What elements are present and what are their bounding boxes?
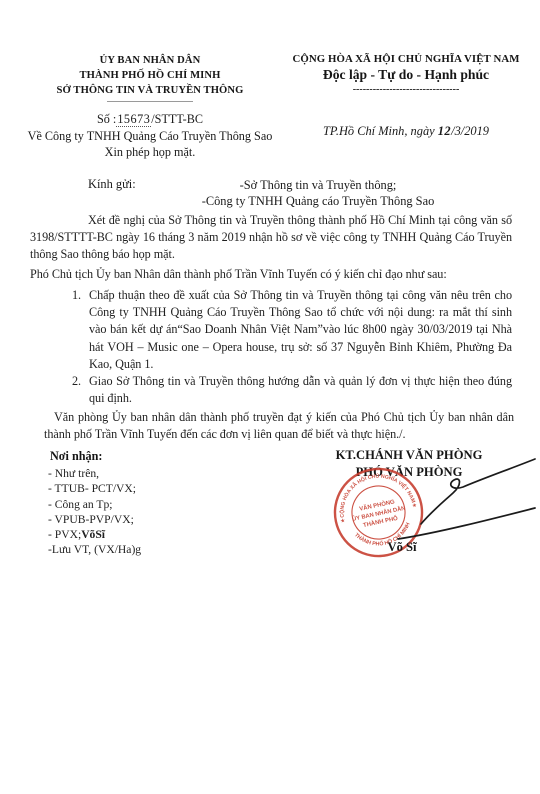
- directive-item-2: 2. Giao Sở Thông tin và Truyền thông hướ…: [72, 373, 512, 407]
- recipients-list-item: - Công an Tp;: [48, 497, 141, 512]
- agency-underline: [107, 101, 193, 102]
- handwritten-initials: VõSĩ: [81, 528, 105, 541]
- agency-line-2: THÀNH PHỐ HỒ CHÍ MINH: [26, 68, 274, 83]
- document-subject: Về Công ty TNHH Quảng Cáo Truyền Thông S…: [22, 129, 278, 161]
- national-motto-block: CỘNG HÒA XÃ HỘI CHỦ NGHĨA VIỆT NAM Độc l…: [290, 53, 522, 94]
- directive-list: 1. Chấp thuận theo đề xuất của Sở Thông …: [72, 287, 512, 407]
- scanned-official-letter: { "document": { "header_left": { "line1"…: [0, 0, 540, 794]
- directive-item-2-number: 2.: [72, 373, 81, 390]
- recipients-list: - Như trên, - TTUB- PCT/VX; - Công an Tp…: [48, 466, 141, 558]
- recipients-list-item: - TTUB- PCT/VX;: [48, 481, 141, 496]
- national-motto: Độc lập - Tự do - Hạnh phúc: [290, 67, 522, 83]
- motto-divider: --------------------------------: [290, 85, 522, 94]
- paragraph-directive-intro: Phó Chủ tịch Ủy ban Nhân dân thành phố T…: [30, 266, 512, 283]
- document-number-prefix: Số :: [97, 112, 116, 126]
- recipients-list-item: -Lưu VT, (VX/Ha)g: [48, 542, 141, 557]
- signer-name: Võ Sĩ: [352, 540, 452, 555]
- directive-item-2-text: Giao Sở Thông tin và Truyền thông hướng …: [89, 374, 512, 405]
- salutation-label: Kính gửi:: [88, 177, 136, 192]
- subject-line-1: Về Công ty TNHH Quảng Cáo Truyền Thông S…: [22, 129, 278, 145]
- document-number: Số :15673/STTT-BC: [26, 112, 274, 127]
- place-date-suffix: /3/2019: [451, 124, 489, 138]
- subject-line-2: Xin phép họp mặt.: [22, 145, 278, 161]
- recipient-1: -Sở Thông tin và Truyền thông;: [196, 177, 440, 193]
- issuing-agency-block: ỦY BAN NHÂN DÂN THÀNH PHỐ HỒ CHÍ MINH SỞ…: [26, 53, 274, 102]
- place-and-date: TP.Hồ Chí Minh, ngày 12/3/2019: [290, 124, 522, 139]
- agency-line-3: SỞ THÔNG TIN VÀ TRUYỀN THÔNG: [26, 83, 274, 98]
- recipient-2: -Công ty TNHH Quảng cáo Truyền Thông Sao: [196, 193, 440, 209]
- recipients-list-item: - Như trên,: [48, 466, 141, 481]
- document-number-value: 15673: [116, 112, 151, 127]
- stamp-star-left-icon: ★: [340, 517, 346, 525]
- national-title: CỘNG HÒA XÃ HỘI CHỦ NGHĨA VIỆT NAM: [290, 53, 522, 65]
- document-number-suffix: /STTT-BC: [151, 112, 203, 126]
- agency-line-1: ỦY BAN NHÂN DÂN: [26, 53, 274, 68]
- handwritten-day: 12: [438, 124, 451, 138]
- recipients-list-item: - PVX;VõSĩ: [48, 527, 141, 542]
- signature-upper-stroke: [421, 459, 535, 524]
- signature-lower-stroke: [398, 508, 535, 539]
- paragraph-consideration: Xét đề nghị của Sở Thông tin và Truyền t…: [30, 212, 512, 264]
- directive-item-1-number: 1.: [72, 287, 81, 304]
- salutation-recipients: -Sở Thông tin và Truyền thông; -Công ty …: [196, 177, 440, 209]
- recipients-list-item: - VPUB-PVP/VX;: [48, 512, 141, 527]
- recipients-list-title: Nơi nhận:: [50, 449, 102, 464]
- directive-item-1-text: Chấp thuận theo đề xuất của Sở Thông tin…: [89, 288, 512, 371]
- directive-item-1: 1. Chấp thuận theo đề xuất của Sở Thông …: [72, 287, 512, 373]
- place-date-prefix: TP.Hồ Chí Minh, ngày: [323, 124, 438, 138]
- paragraph-closing: Văn phòng Ủy ban nhân dân thành phố truy…: [44, 409, 514, 443]
